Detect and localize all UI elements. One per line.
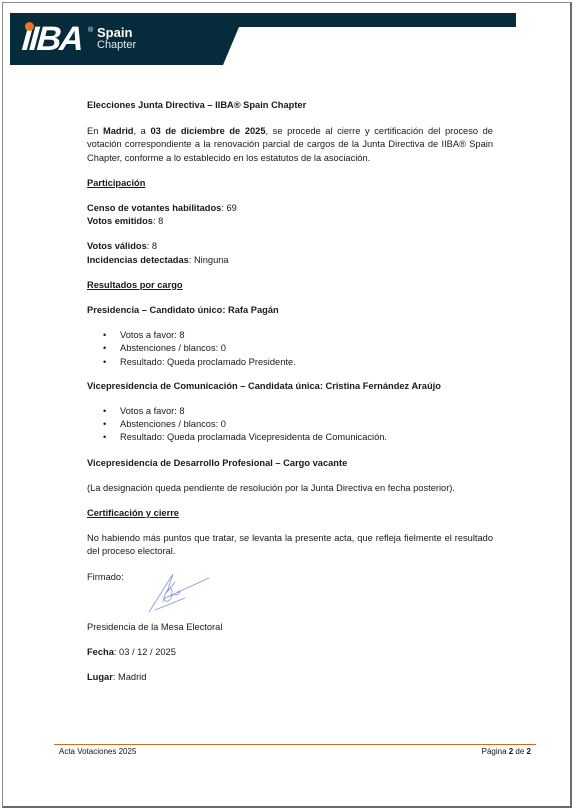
list-item: Resultado: Queda proclamado Presidente. (120, 356, 493, 369)
certificacion-heading: Certificación y cierre (87, 507, 493, 520)
cargo-vp-desarrollo-note: (La designación queda pendiente de resol… (87, 482, 493, 495)
fecha-value: : 03 / 12 / 2025 (114, 647, 176, 657)
validos-label: Votos válidos (87, 241, 147, 251)
emitidos-value: : 8 (153, 216, 163, 226)
cargo-presidencia-title: Presidencia – Candidato único: Rafa Pagá… (87, 304, 493, 317)
participacion-heading: Participación (87, 177, 493, 190)
list-item: Abstenciones / blancos: 0 (120, 418, 493, 431)
incidencias-label: Incidencias detectadas (87, 255, 189, 265)
censo-line: Censo de votantes habilitados: 69 (87, 202, 493, 215)
emitidos-line: Votos emitidos: 8 (87, 215, 493, 228)
cargo-vp-desarrollo-title: Vicepresidencia de Desarrollo Profesiona… (87, 457, 493, 470)
cargo-vp-comunicacion-title: Vicepresidencia de Comunicación – Candid… (87, 380, 493, 393)
lugar-value: : Madrid (113, 672, 147, 682)
logo-registered: ® (88, 27, 93, 34)
censo-value: : 69 (221, 203, 237, 213)
intro-place: Madrid (103, 126, 133, 136)
validos-value: : 8 (147, 241, 157, 251)
page-sep: de (513, 747, 526, 756)
lugar-line: Lugar: Madrid (87, 671, 493, 684)
header-band-shape (10, 13, 516, 65)
validos-line: Votos válidos: 8 (87, 240, 493, 253)
cargo-presidencia-list: Votos a favor: 8 Abstenciones / blancos:… (87, 329, 493, 369)
page-prefix: Página (482, 747, 509, 756)
document-title: Elecciones Junta Directiva – IIBA® Spain… (87, 99, 493, 112)
intro-mid: , a (133, 126, 150, 136)
fecha-label: Fecha (87, 647, 114, 657)
cargo-vp-comunicacion-list: Votos a favor: 8 Abstenciones / blancos:… (87, 405, 493, 445)
footer-divider (54, 744, 536, 745)
footer-doc-title: Acta Votaciones 2025 (59, 747, 136, 756)
incidencias-value: : Ninguna (189, 255, 229, 265)
logo-line2: Chapter (97, 39, 136, 52)
logo-text: Spain Chapter (97, 26, 136, 52)
lugar-label: Lugar (87, 672, 113, 682)
signer: Presidencia de la Mesa Electoral (87, 621, 493, 634)
intro-pre: En (87, 126, 103, 136)
logo-line1: Spain (97, 26, 136, 39)
incidencias-line: Incidencias detectadas: Ninguna (87, 254, 493, 267)
fecha-line: Fecha: 03 / 12 / 2025 (87, 646, 493, 659)
list-item: Abstenciones / blancos: 0 (120, 342, 493, 355)
list-item: Resultado: Queda proclamada Vicepresiden… (120, 431, 493, 444)
resultados-heading: Resultados por cargo (87, 279, 493, 292)
logo-dot-icon (25, 22, 34, 31)
intro-paragraph: En Madrid, a 03 de diciembre de 2025, se… (87, 125, 493, 165)
censo-label: Censo de votantes habilitados (87, 203, 221, 213)
list-item: Votos a favor: 8 (120, 329, 493, 342)
header-band (10, 13, 516, 65)
page-total: 2 (527, 747, 531, 756)
certificacion-text: No habiendo más puntos que tratar, se le… (87, 532, 493, 558)
footer-page-number: Página 2 de 2 (482, 747, 531, 756)
intro-date: 03 de diciembre de 2025 (150, 126, 265, 136)
signature-image (145, 568, 215, 616)
list-item: Votos a favor: 8 (120, 405, 493, 418)
emitidos-label: Votos emitidos (87, 216, 153, 226)
